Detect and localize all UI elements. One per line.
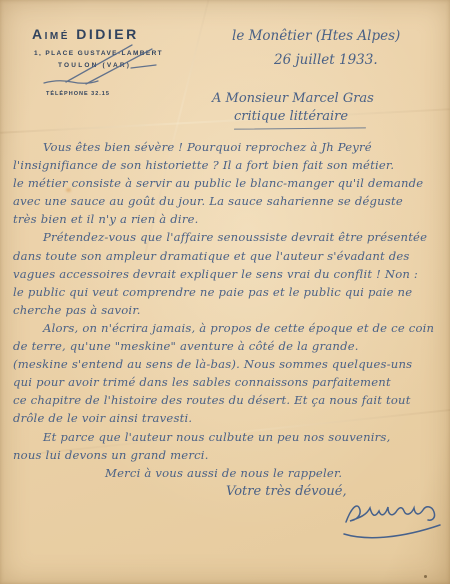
body-line: Alors, on n'écrira jamais, à propos de c… (13, 319, 443, 337)
body-line: Vous êtes bien sévère ! Pourquoi reproch… (13, 138, 443, 156)
body-line: ce chapitre de l'histoire des routes du … (13, 391, 443, 409)
body-line: cherche pas à savoir. (13, 301, 443, 319)
letter-page: Aimé DIDIER 1, PLACE GUSTAVE-LAMBERT TOU… (0, 0, 450, 584)
dateline: le Monêtier (Htes Alpes) 26 juillet 1933… (232, 24, 400, 72)
body-line: très bien et il n'y a rien à dire. (13, 210, 443, 228)
body-line: (meskine s'entend au sens de là-bas). No… (13, 355, 443, 373)
pen-strikethrough (30, 38, 190, 108)
letter-body: Vous êtes bien sévère ! Pourquoi reproch… (13, 138, 443, 482)
body-line: Merci à vous aussi de nous le rappeler. (13, 464, 443, 482)
body-line: Prétendez-vous que l'affaire senoussiste… (13, 228, 443, 246)
valediction: Votre très dévoué, (226, 484, 347, 499)
body-line: le public qui veut comprendre ne paie pa… (13, 283, 443, 301)
dateline-date: 26 juillet 1933. (274, 48, 400, 72)
body-line: vagues accessoires devrait expliquer le … (13, 265, 443, 283)
recipient-name: A Monsieur Marcel Gras (212, 90, 374, 108)
recipient-title: critique littéraire (234, 108, 374, 126)
recipient-underline (234, 127, 366, 130)
signature (342, 494, 446, 544)
body-line: drôle de le voir ainsi travesti. (13, 409, 443, 427)
dateline-place: le Monêtier (Htes Alpes) (232, 24, 400, 48)
body-line: nous lui devons un grand merci. (13, 446, 443, 464)
recipient: A Monsieur Marcel Gras critique littérai… (212, 90, 374, 126)
body-line: qui pour avoir trimé dans les sables con… (13, 373, 443, 391)
body-line: Et parce que l'auteur nous culbute un pe… (13, 428, 443, 446)
body-line: dans toute son ampleur dramatique et que… (13, 247, 443, 265)
paper-speck (424, 575, 427, 578)
body-line: l'insignifiance de son historiette ? Il … (13, 156, 443, 174)
body-line: de terre, qu'une "meskine" aventure à cô… (13, 337, 443, 355)
body-line: le métier consiste à servir au public le… (13, 174, 443, 192)
body-line: avec une sauce au goût du jour. La sauce… (13, 192, 443, 210)
